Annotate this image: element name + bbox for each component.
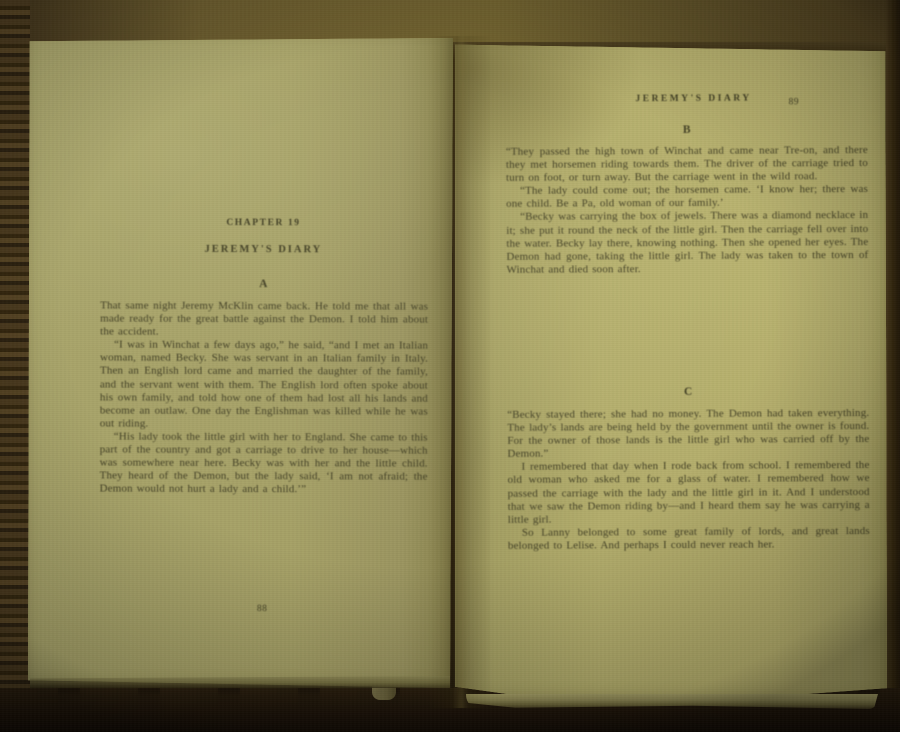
- paragraph: “I was in Winchat a few days ago,” he sa…: [100, 339, 428, 432]
- section-label-a: A: [98, 278, 428, 291]
- chapter-title: JEREMY'S DIARY: [98, 244, 428, 256]
- book-gutter-shadow: [428, 36, 492, 708]
- paragraph: I remembered that day when I rode back f…: [507, 459, 869, 526]
- section-label-c: C: [507, 385, 869, 399]
- table-left-edge: [0, 0, 30, 732]
- paragraph: That same night Jeremy McKlin came back.…: [100, 300, 428, 340]
- section-b-text: “They passed the high town of Winchat an…: [506, 144, 869, 277]
- paragraph: “Becky was carrying the box of jewels. T…: [506, 209, 868, 276]
- book-photo: CHAPTER 19 JEREMY'S DIARY A That same ni…: [0, 0, 900, 732]
- right-page-number: 89: [789, 97, 819, 107]
- section-label-b: B: [506, 123, 868, 137]
- section-c-text: “Becky stayed there; she had no money. T…: [507, 407, 870, 553]
- paragraph: “The lady could come out; the horsemen c…: [506, 183, 868, 211]
- chapter-heading: CHAPTER 19: [98, 218, 428, 229]
- table-right-edge: [886, 0, 900, 732]
- paragraph: “His lady took the little girl with her …: [100, 430, 428, 497]
- left-page-number: 88: [97, 604, 427, 615]
- left-page-text: That same night Jeremy McKlin came back.…: [100, 300, 429, 498]
- right-page-content: JEREMY'S DIARY 89 B “They passed the hig…: [453, 41, 888, 705]
- right-page: JEREMY'S DIARY 89 B “They passed the hig…: [455, 42, 887, 704]
- paragraph: “Becky stayed there; she had no money. T…: [507, 407, 869, 461]
- left-page-content: CHAPTER 19 JEREMY'S DIARY A That same ni…: [27, 37, 454, 688]
- running-header: JEREMY'S DIARY: [604, 93, 784, 104]
- paragraph: So Lanny belonged to some great family o…: [508, 525, 870, 553]
- paragraph: “They passed the high town of Winchat an…: [506, 144, 868, 185]
- left-page: CHAPTER 19 JEREMY'S DIARY A That same ni…: [28, 38, 453, 688]
